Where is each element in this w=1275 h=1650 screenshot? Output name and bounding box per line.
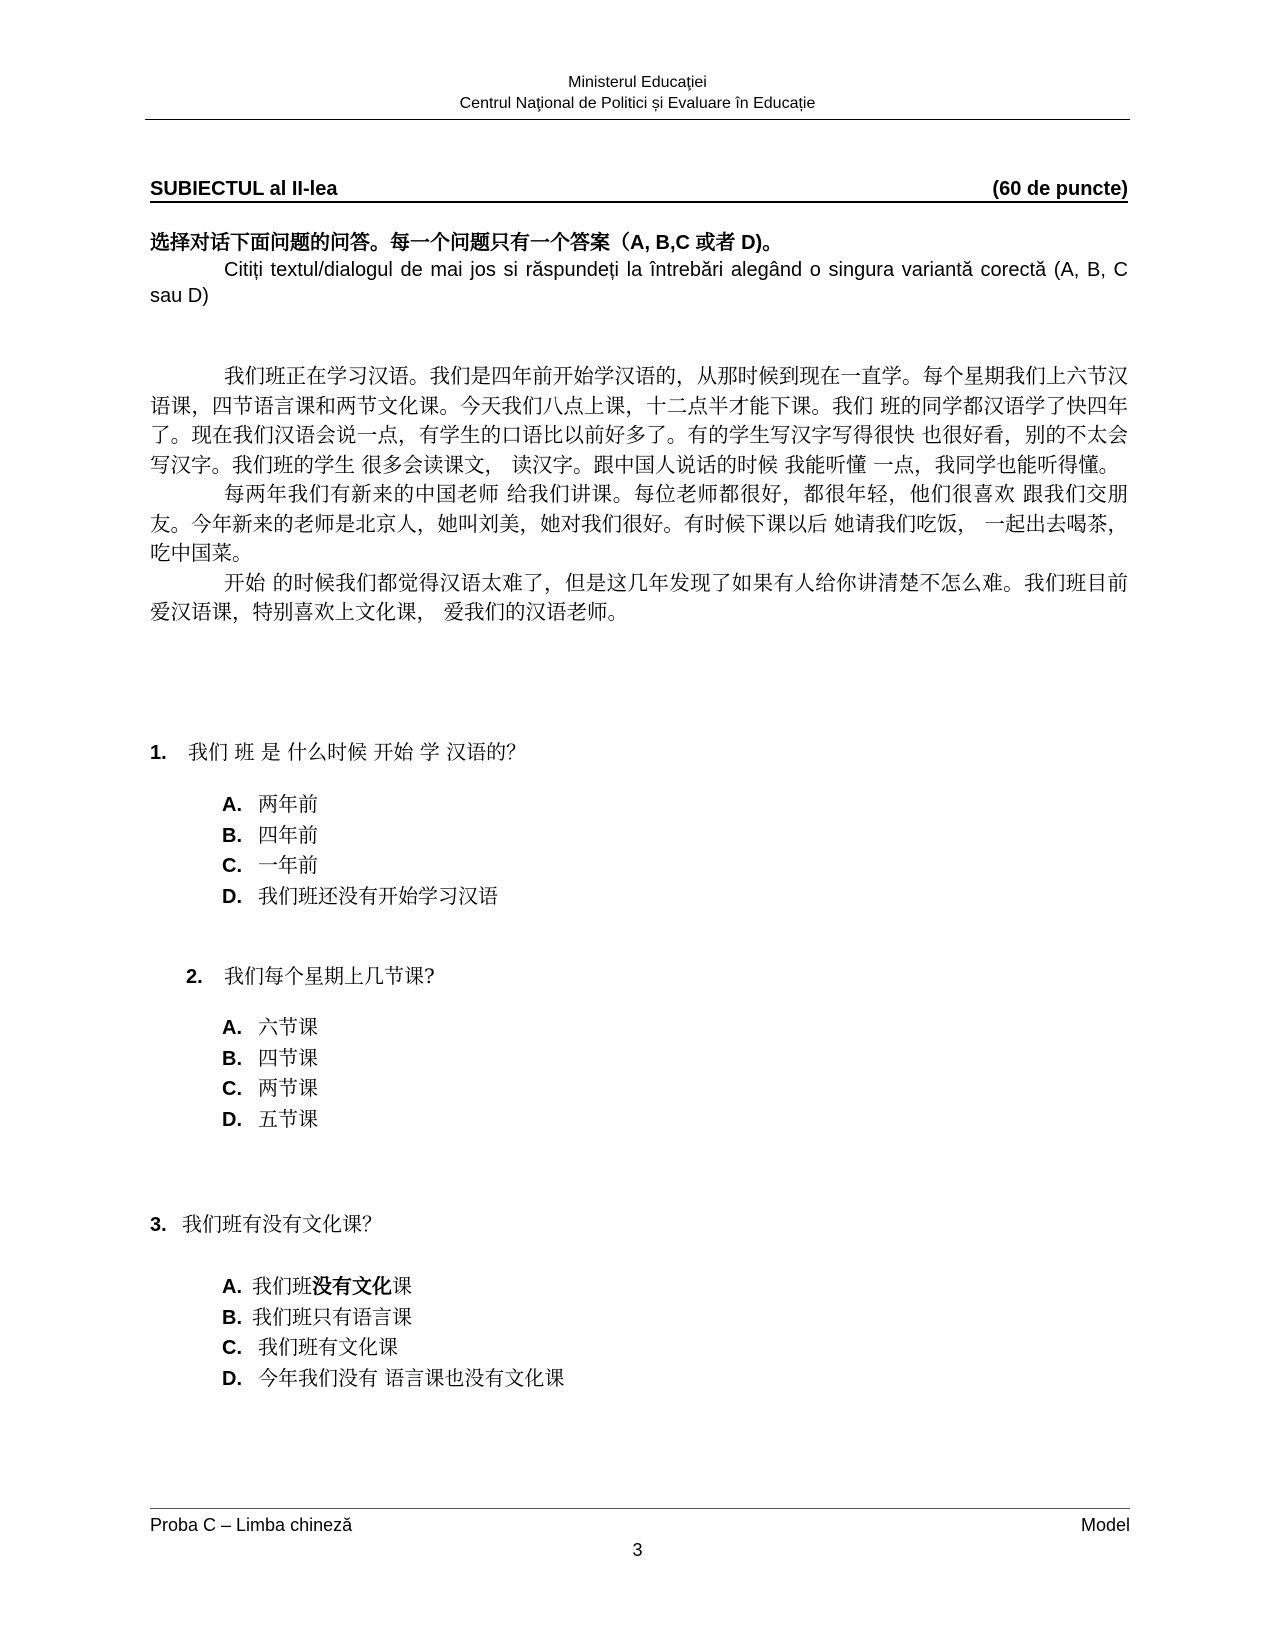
header-divider: [145, 119, 1130, 120]
question-1: 1.我们 班 是 什么时候 开始 学 汉语的？: [150, 738, 526, 767]
question-2: 2.我们每个星期上几节课?: [186, 962, 435, 991]
option-d[interactable]: D.今年我们没有 语言课也没有文化课: [222, 1364, 564, 1395]
question-2-options: A.六节课 B.四节课 C.两节课 D.五节课: [222, 1013, 318, 1135]
option-c[interactable]: C.一年前: [222, 851, 498, 882]
center-name: Centrul Naţional de Politici și Evaluare…: [145, 93, 1130, 114]
option-c[interactable]: C.我们班有文化课: [222, 1333, 564, 1364]
subject-points: (60 de puncte): [992, 178, 1128, 200]
subject-heading: SUBIECTUL al II-lea (60 de puncte): [150, 178, 1128, 203]
instructions-chinese: 选择对话下面问题的问答。每一个问题只有一个答案（A, B,C 或者 D)。: [150, 230, 782, 256]
option-b[interactable]: B.我们班只有语言课: [222, 1303, 564, 1334]
option-a[interactable]: A.我们班没有文化课: [222, 1272, 564, 1303]
subject-title: SUBIECTUL al II-lea: [150, 178, 337, 200]
option-a[interactable]: A.六节课: [222, 1013, 318, 1044]
passage-paragraph: 每两年我们有新来的中国老师 给我们讲课。每位老师都很好，都很年轻，他们很喜欢 跟…: [150, 480, 1128, 569]
question-text: 我们班有没有文化课？: [182, 1212, 382, 1236]
page-number: 3: [0, 1540, 1275, 1561]
option-b[interactable]: B.四年前: [222, 821, 498, 852]
passage-paragraph: 我们班正在学习汉语。我们是四年前开始学汉语的，从那时候到现在一直学。每个星期我们…: [150, 362, 1128, 480]
reading-passage: 我们班正在学习汉语。我们是四年前开始学汉语的，从那时候到现在一直学。每个星期我们…: [150, 362, 1128, 628]
option-c[interactable]: C.两节课: [222, 1074, 318, 1105]
question-number: 3.: [150, 1211, 182, 1239]
question-text: 我们 班 是 什么时候 开始 学 汉语的？: [188, 740, 526, 764]
option-b[interactable]: B.四节课: [222, 1044, 318, 1075]
footer-divider: [150, 1508, 1130, 1509]
ministry-name: Ministerul Educaţiei: [145, 72, 1130, 93]
question-number: 2.: [186, 963, 224, 991]
question-3-options: A.我们班没有文化课 B.我们班只有语言课 C.我们班有文化课 D.今年我们没有…: [222, 1272, 564, 1394]
footer-exam-name: Proba C – Limba chineză: [150, 1515, 352, 1536]
document-header: Ministerul Educaţiei Centrul Naţional de…: [145, 72, 1130, 114]
passage-paragraph: 开始 的时候我们都觉得汉语太难了，但是这几年发现了如果有人给你讲清楚不怎么难。我…: [150, 569, 1128, 628]
question-1-options: A.两年前 B.四年前 C.一年前 D.我们班还没有开始学习汉语: [222, 790, 498, 912]
instructions-romanian: Citiți textul/dialogul de mai jos si răs…: [150, 257, 1128, 309]
question-number: 1.: [150, 739, 188, 767]
option-d[interactable]: D.五节课: [222, 1105, 318, 1136]
footer-model-label: Model: [1081, 1515, 1130, 1536]
option-a[interactable]: A.两年前: [222, 790, 498, 821]
option-d[interactable]: D.我们班还没有开始学习汉语: [222, 882, 498, 913]
question-text: 我们每个星期上几节课?: [224, 964, 435, 988]
question-3: 3.我们班有没有文化课？: [150, 1210, 382, 1239]
